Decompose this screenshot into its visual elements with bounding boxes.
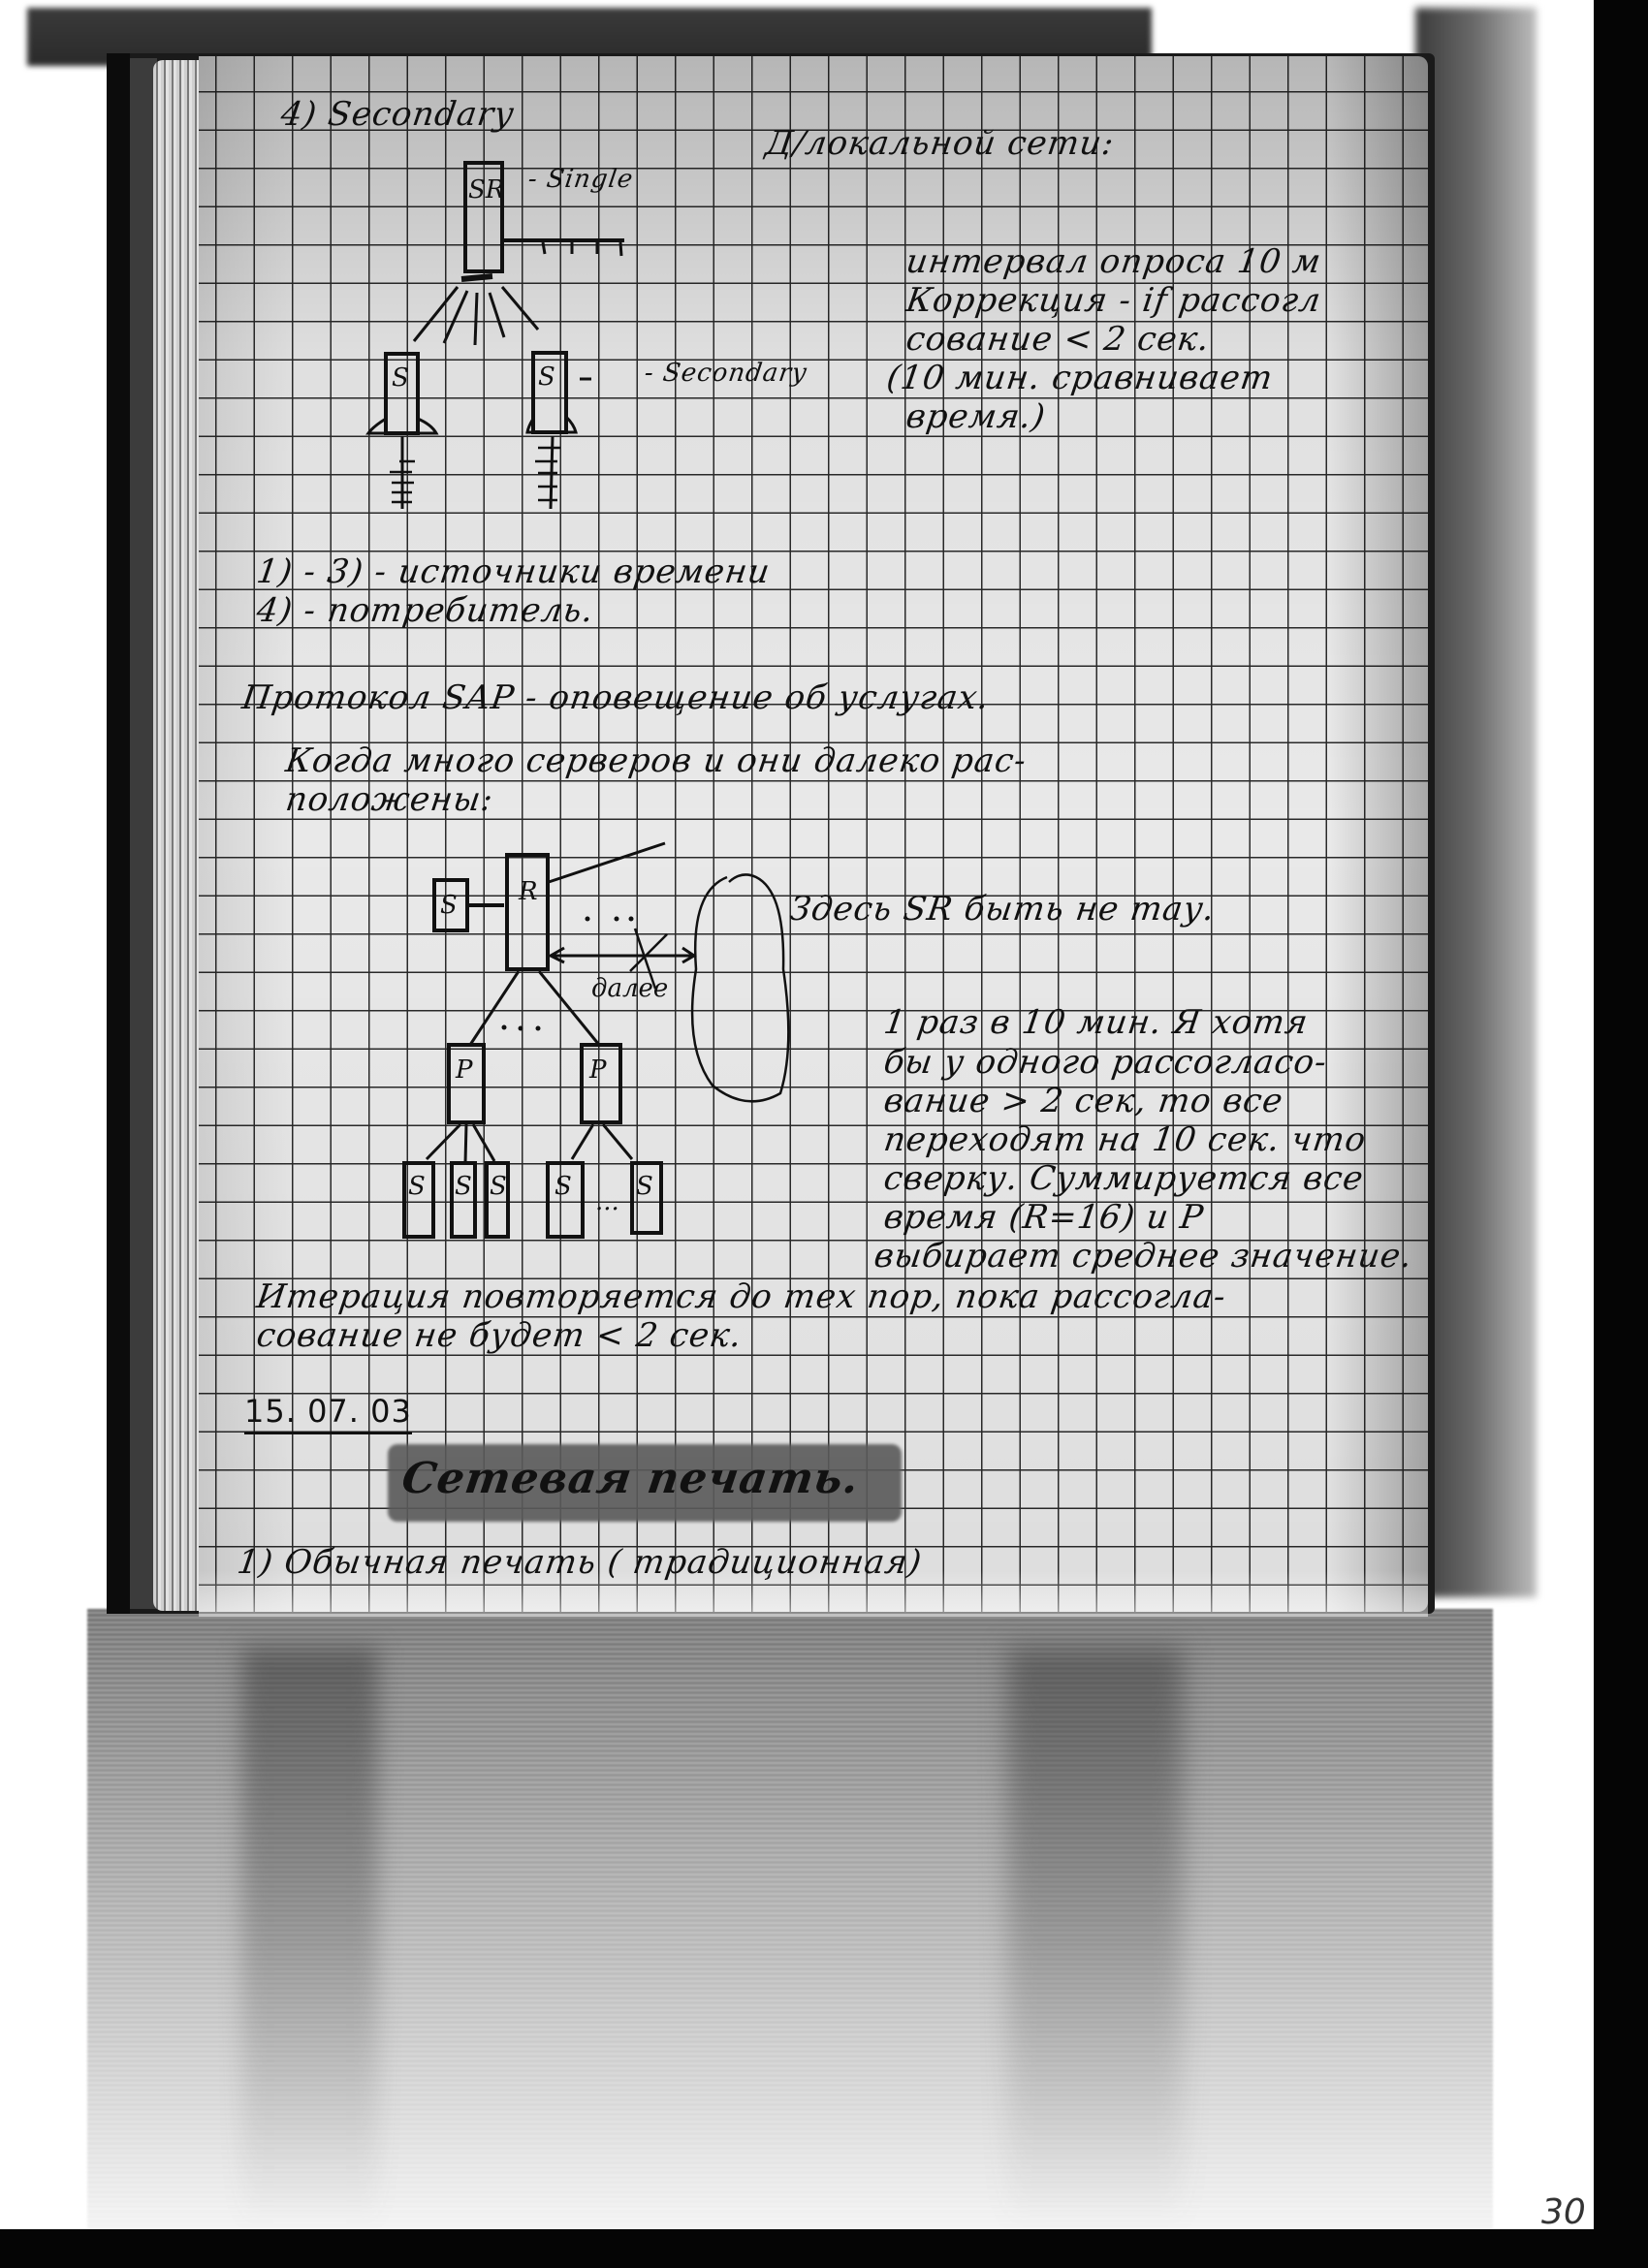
page-number: 30 bbox=[1541, 2192, 1586, 2232]
sync-line-4: переходят на 10 сек. что bbox=[881, 1120, 1369, 1159]
iteration-line-1: Итерация повторяется до тех пор, пока ра… bbox=[254, 1277, 1228, 1316]
topic-title: Сетевая печать. bbox=[398, 1454, 862, 1503]
hierarchy-diagram: S R P P S S S S S ... далее bbox=[0, 0, 1648, 2268]
diagram-note: Здесь SR быть не тау. bbox=[787, 890, 1218, 929]
svg-text:P: P bbox=[588, 1055, 607, 1085]
svg-text:далее: далее bbox=[591, 974, 668, 1003]
sync-line-5: сверку. Суммируется все bbox=[881, 1159, 1366, 1198]
svg-text:S: S bbox=[490, 1172, 507, 1201]
sync-line-1: 1 раз в 10 мин. Я хотя bbox=[881, 1003, 1311, 1042]
svg-text:S: S bbox=[636, 1172, 653, 1201]
sync-line-3: вание > 2 сек, то все bbox=[881, 1082, 1285, 1120]
iteration-line-2: сование не будет < 2 сек. bbox=[254, 1316, 745, 1355]
svg-text:R: R bbox=[518, 877, 538, 906]
svg-text:S: S bbox=[555, 1172, 572, 1201]
svg-text:P: P bbox=[455, 1055, 473, 1085]
svg-text:S: S bbox=[440, 891, 458, 920]
svg-text:S: S bbox=[408, 1172, 426, 1201]
sync-line-7: выбирает среднее значение. bbox=[872, 1237, 1415, 1276]
sync-line-6: время (R=16) и P bbox=[881, 1198, 1206, 1237]
sync-line-2: бы у одного рассогласо- bbox=[881, 1043, 1329, 1082]
topic-item-1: 1) Обычная печать ( традиционная) bbox=[235, 1543, 925, 1582]
svg-text:S: S bbox=[455, 1172, 472, 1201]
svg-text:...: ... bbox=[595, 1187, 619, 1216]
entry-date: 15. 07. 03 bbox=[244, 1393, 412, 1434]
